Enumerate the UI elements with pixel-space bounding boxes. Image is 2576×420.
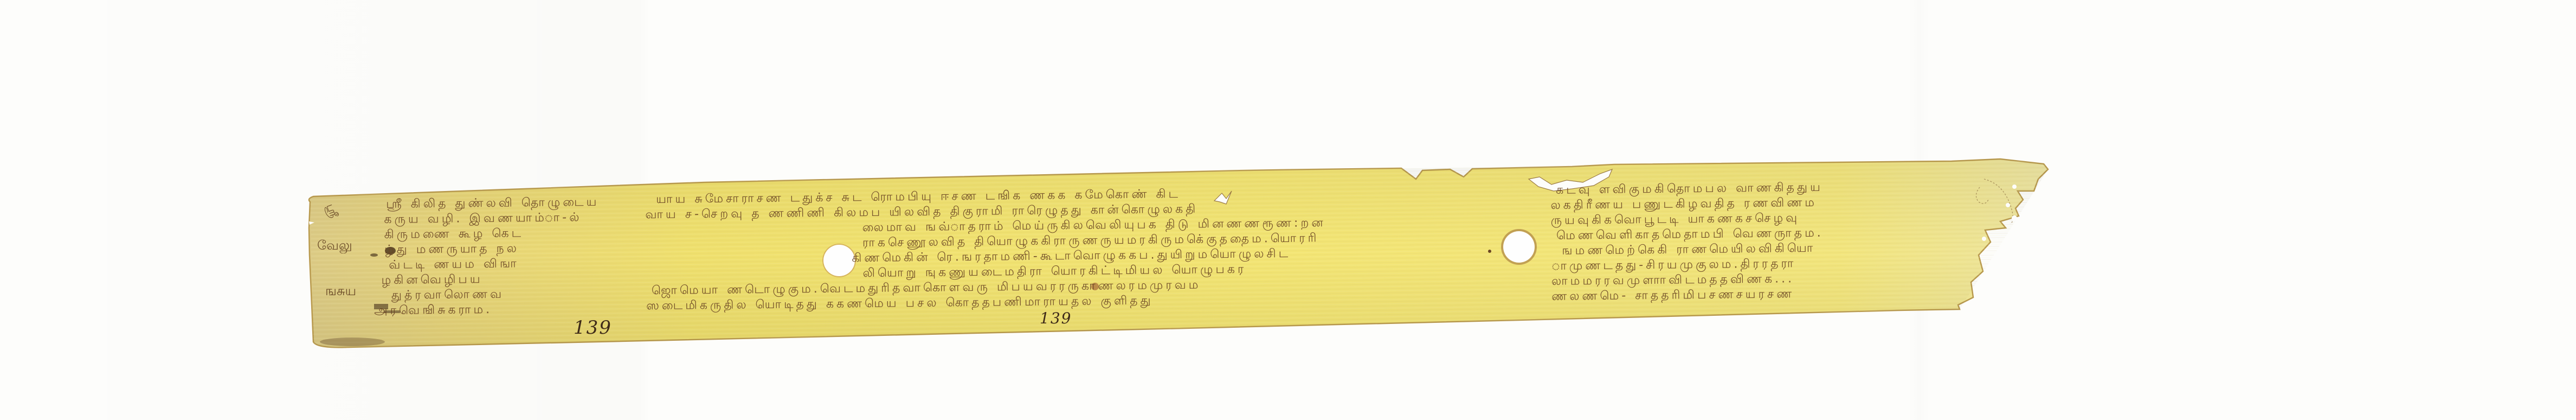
text-line: ஶ்ரீ கிலித துண்லவி தொழுடைய [386,195,600,213]
text-line: வ்டடி ணயம விஙா [389,257,519,273]
margin-note-low: ஙசுய [325,283,356,300]
text-line: அரவெஙிசுகராம. [374,303,492,319]
text-line: ழ்து மணருயாத நல [384,241,519,258]
text-line: ழகினவெழிபய [381,272,482,289]
string-hole-right [1501,229,1537,265]
text-line: ணலணமெ- சாததரிமிபசணசயரசண [1551,287,1794,305]
stain-left-end [320,338,385,346]
text-line: கருய வழி. இவணயாம்ா-ல் [384,211,582,228]
string-hole-left [822,244,856,277]
text-line: துத்ரவாலொணவ [391,288,505,304]
folio-number-left: 139 [574,317,612,339]
text-line: கிருமணை கூழ கெட [384,226,524,243]
margin-note-mid: வேலு [317,238,352,254]
folio-number-center: 139 [1040,309,1072,327]
